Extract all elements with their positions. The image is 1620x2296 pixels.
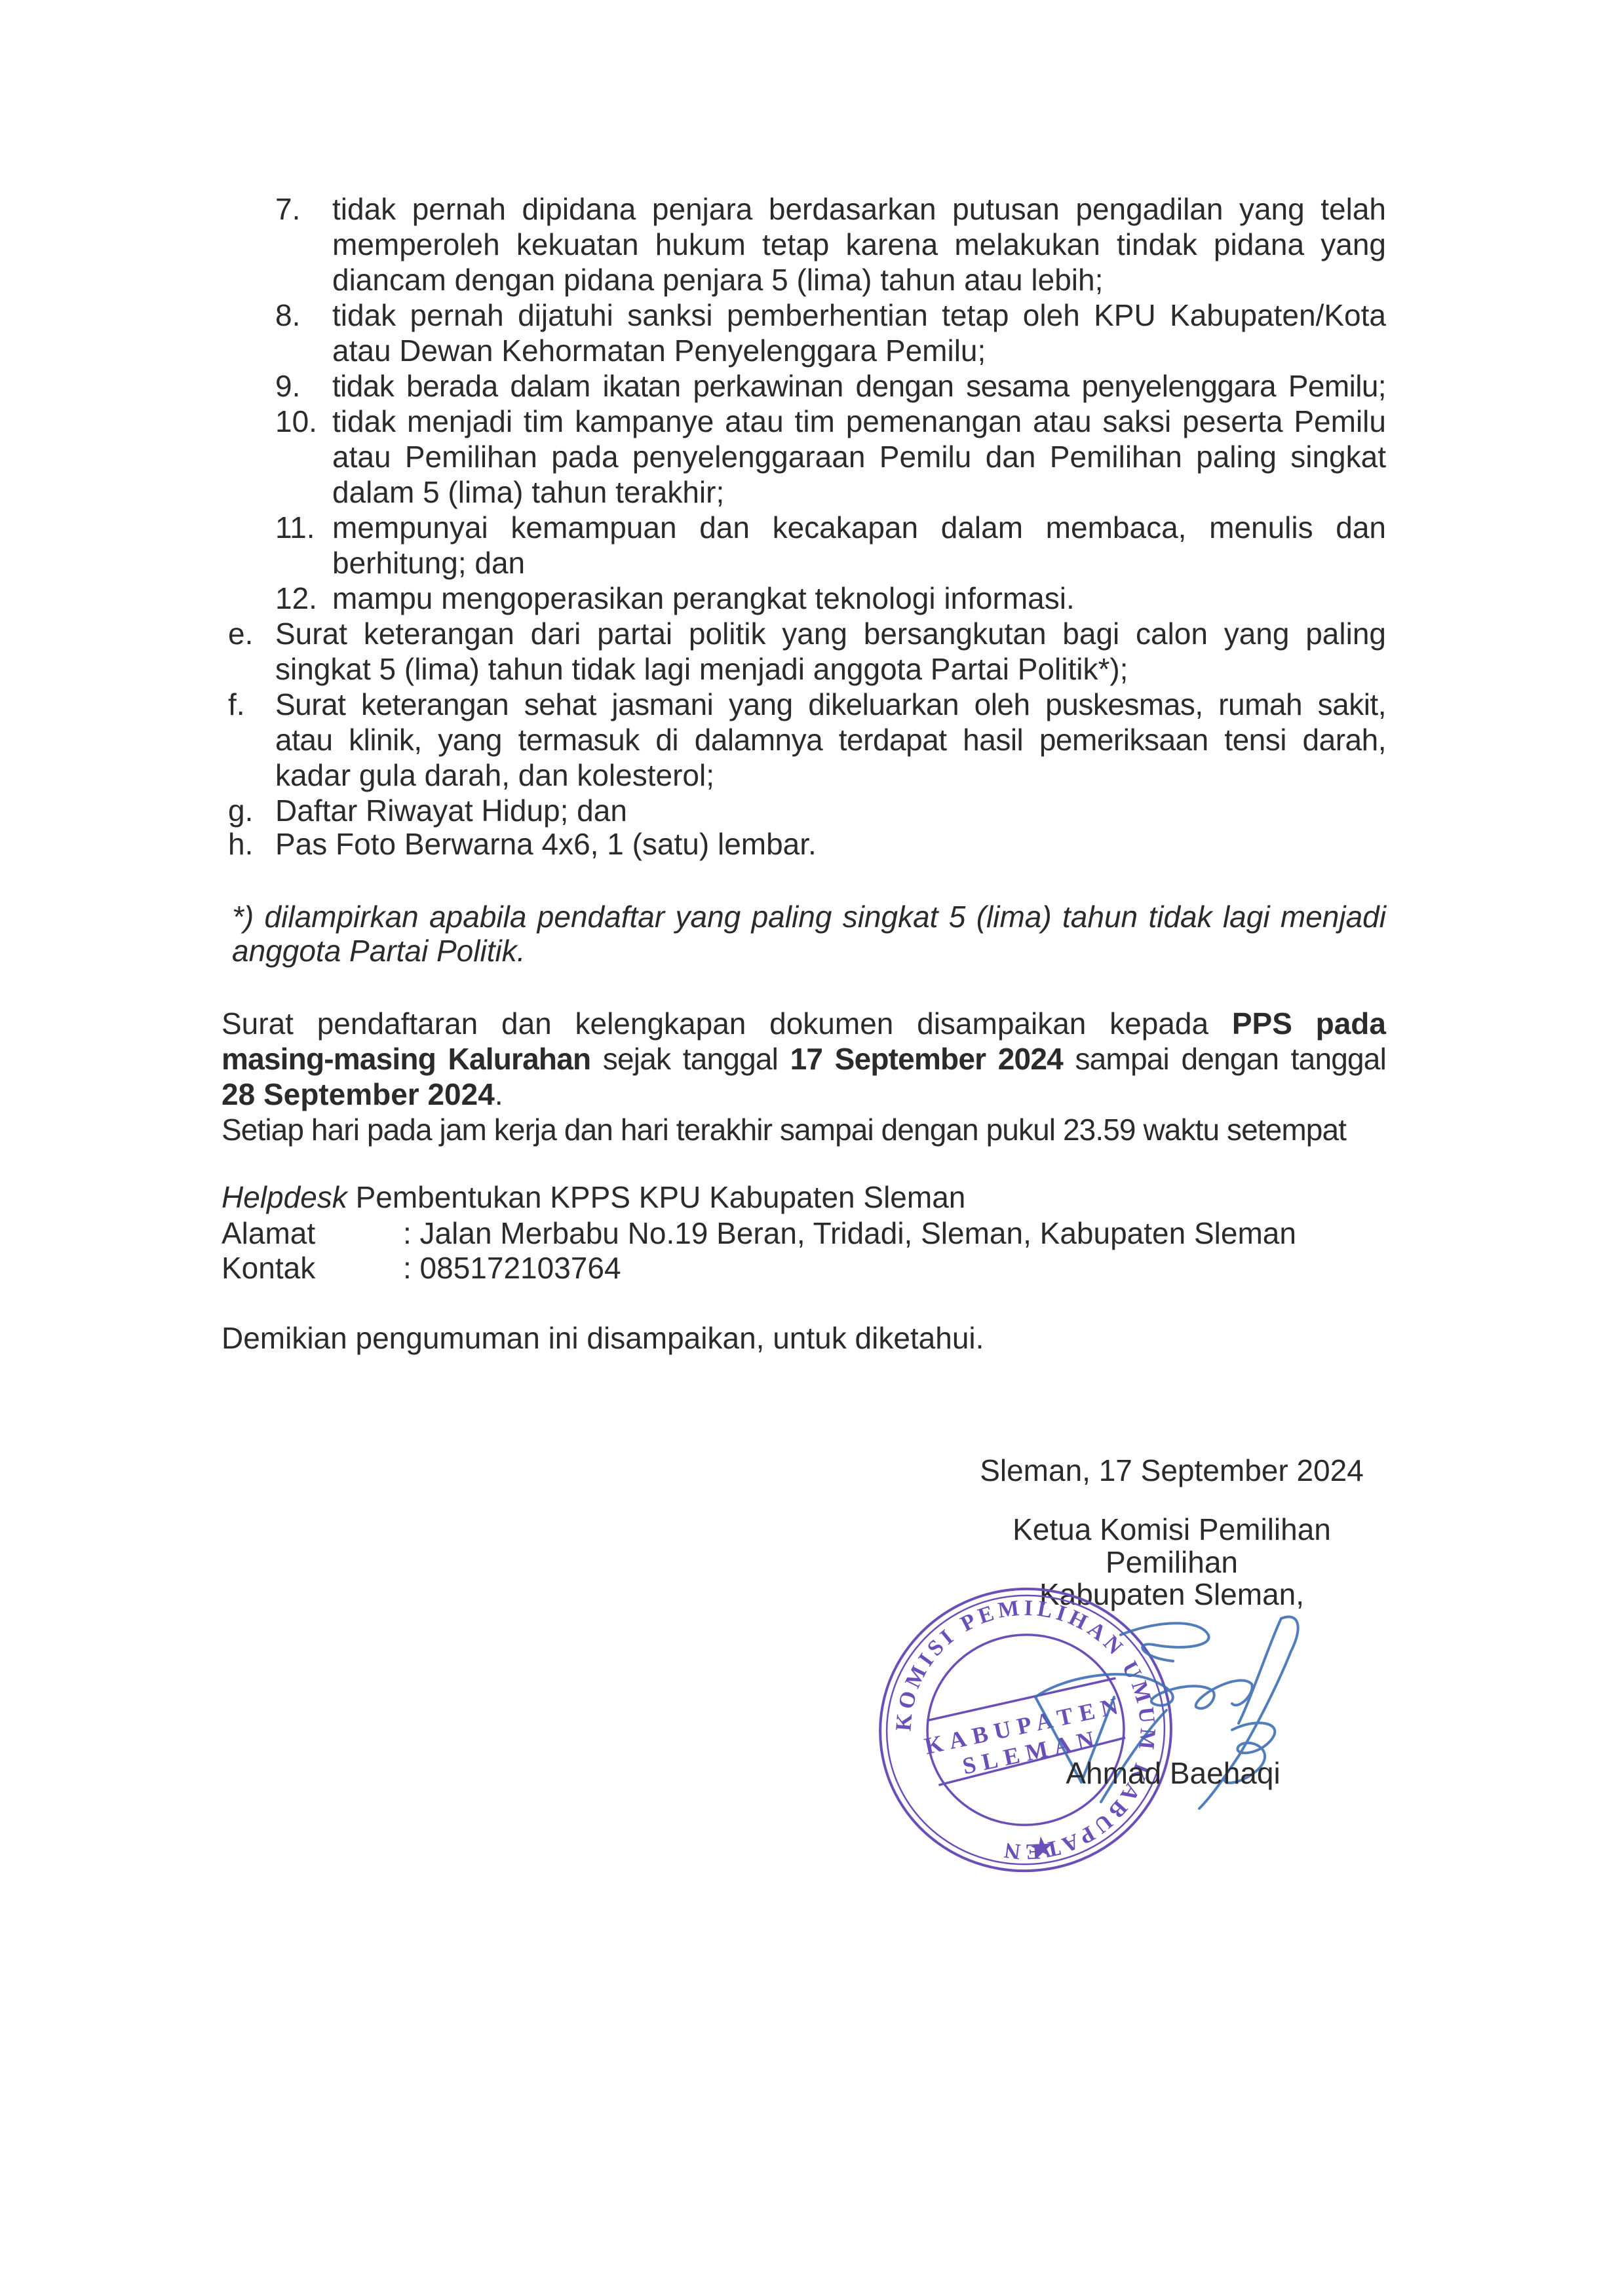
item-line: tidak menjadi tim kampanye atau tim peme… (332, 406, 1386, 436)
helpdesk-row-label: Alamat (222, 1218, 315, 1248)
closing-text: Demikian pengumuman ini disampaikan, unt… (222, 1323, 984, 1353)
item-line: Daftar Riwayat Hidup; dan (275, 795, 627, 826)
submission-text: sejak tanggal (603, 1042, 778, 1076)
helpdesk-label: Helpdesk (222, 1180, 347, 1214)
submission-line-2: masing-masing Kalurahan sejak tanggal 17… (222, 1044, 1386, 1074)
item-letter: h. (228, 829, 253, 859)
footnote-line: anggota Partai Politik. (232, 936, 526, 966)
item-number: 10. (275, 406, 317, 436)
item-number: 11. (275, 512, 315, 543)
item-letter: f. (228, 689, 245, 719)
document-page: 7. tidak pernah dipidana penjara berdasa… (0, 0, 1620, 2296)
submission-start-date: 17 September 2024 (790, 1042, 1063, 1076)
signatory-name: Ahmad Baehaqi (1042, 1758, 1304, 1788)
item-line: memperoleh kekuatan hukum tetap karena m… (332, 229, 1386, 259)
helpdesk-address: : Jalan Merbabu No.19 Beran, Tridadi, Sl… (403, 1218, 1296, 1248)
submission-text: Surat pendaftaran dan kelengkapan dokume… (222, 1006, 1208, 1041)
item-line: atau klinik, yang termasuk di dalamnya t… (275, 725, 1386, 755)
item-line: tidak berada dalam ikatan perkawinan den… (332, 371, 1386, 401)
helpdesk-title-text: Pembentukan KPPS KPU Kabupaten Sleman (356, 1180, 966, 1214)
submission-line-1: Surat pendaftaran dan kelengkapan dokume… (222, 1008, 1386, 1039)
helpdesk-title: Helpdesk Pembentukan KPPS KPU Kabupaten … (222, 1182, 965, 1212)
submission-text: sampai dengan tanggal (1075, 1042, 1386, 1076)
helpdesk-row-label: Kontak (222, 1253, 315, 1283)
signatory-title-line1: Ketua Komisi Pemilihan (975, 1514, 1368, 1544)
item-line: diancam dengan pidana penjara 5 (lima) t… (332, 265, 1103, 295)
item-number: 8. (275, 300, 300, 330)
item-line: atau Pemilihan pada penyelenggaraan Pemi… (332, 442, 1386, 472)
submission-text: . (495, 1077, 503, 1111)
item-line: atau Dewan Kehormatan Penyelenggara Pemi… (332, 335, 986, 366)
item-number: 9. (275, 371, 300, 401)
item-line: singkat 5 (lima) tahun tidak lagi menjad… (275, 654, 1128, 684)
place-date: Sleman, 17 September 2024 (975, 1455, 1368, 1485)
item-line: Surat keterangan dari partai politik yan… (275, 619, 1386, 649)
item-line: berhitung; dan (332, 548, 525, 578)
submission-bold: PPS pada (1232, 1006, 1386, 1041)
submission-bold: masing-masing Kalurahan (222, 1042, 590, 1076)
item-number: 12. (275, 583, 317, 613)
item-line: mampu mengoperasikan perangkat teknologi… (332, 583, 1075, 613)
submission-line-3: 28 September 2024. (222, 1079, 503, 1109)
item-number: 7. (275, 194, 300, 224)
submission-end-date: 28 September 2024 (222, 1077, 495, 1111)
signatory-title-line2: Pemilihan (975, 1547, 1368, 1577)
item-line: Pas Foto Berwarna 4x6, 1 (satu) lembar. (275, 829, 817, 859)
item-letter: g. (228, 795, 253, 826)
item-line: Surat keterangan sehat jasmani yang dike… (275, 689, 1386, 719)
item-line: dalam 5 (lima) tahun terakhir; (332, 477, 724, 507)
item-letter: e. (228, 619, 253, 649)
item-line: tidak pernah dijatuhi sanksi pemberhenti… (332, 300, 1386, 330)
item-line: kadar gula darah, dan kolesterol; (275, 760, 714, 790)
stamp-star-icon: ★ (1028, 1831, 1056, 1864)
item-line: tidak pernah dipidana penjara berdasarka… (332, 194, 1386, 224)
item-line: mempunyai kemampuan dan kecakapan dalam … (332, 512, 1386, 543)
submission-line-4: Setiap hari pada jam kerja dan hari tera… (222, 1115, 1346, 1145)
footnote-line: *) dilampirkan apabila pendaftar yang pa… (232, 902, 1386, 932)
helpdesk-contact: : 085172103764 (403, 1253, 621, 1283)
